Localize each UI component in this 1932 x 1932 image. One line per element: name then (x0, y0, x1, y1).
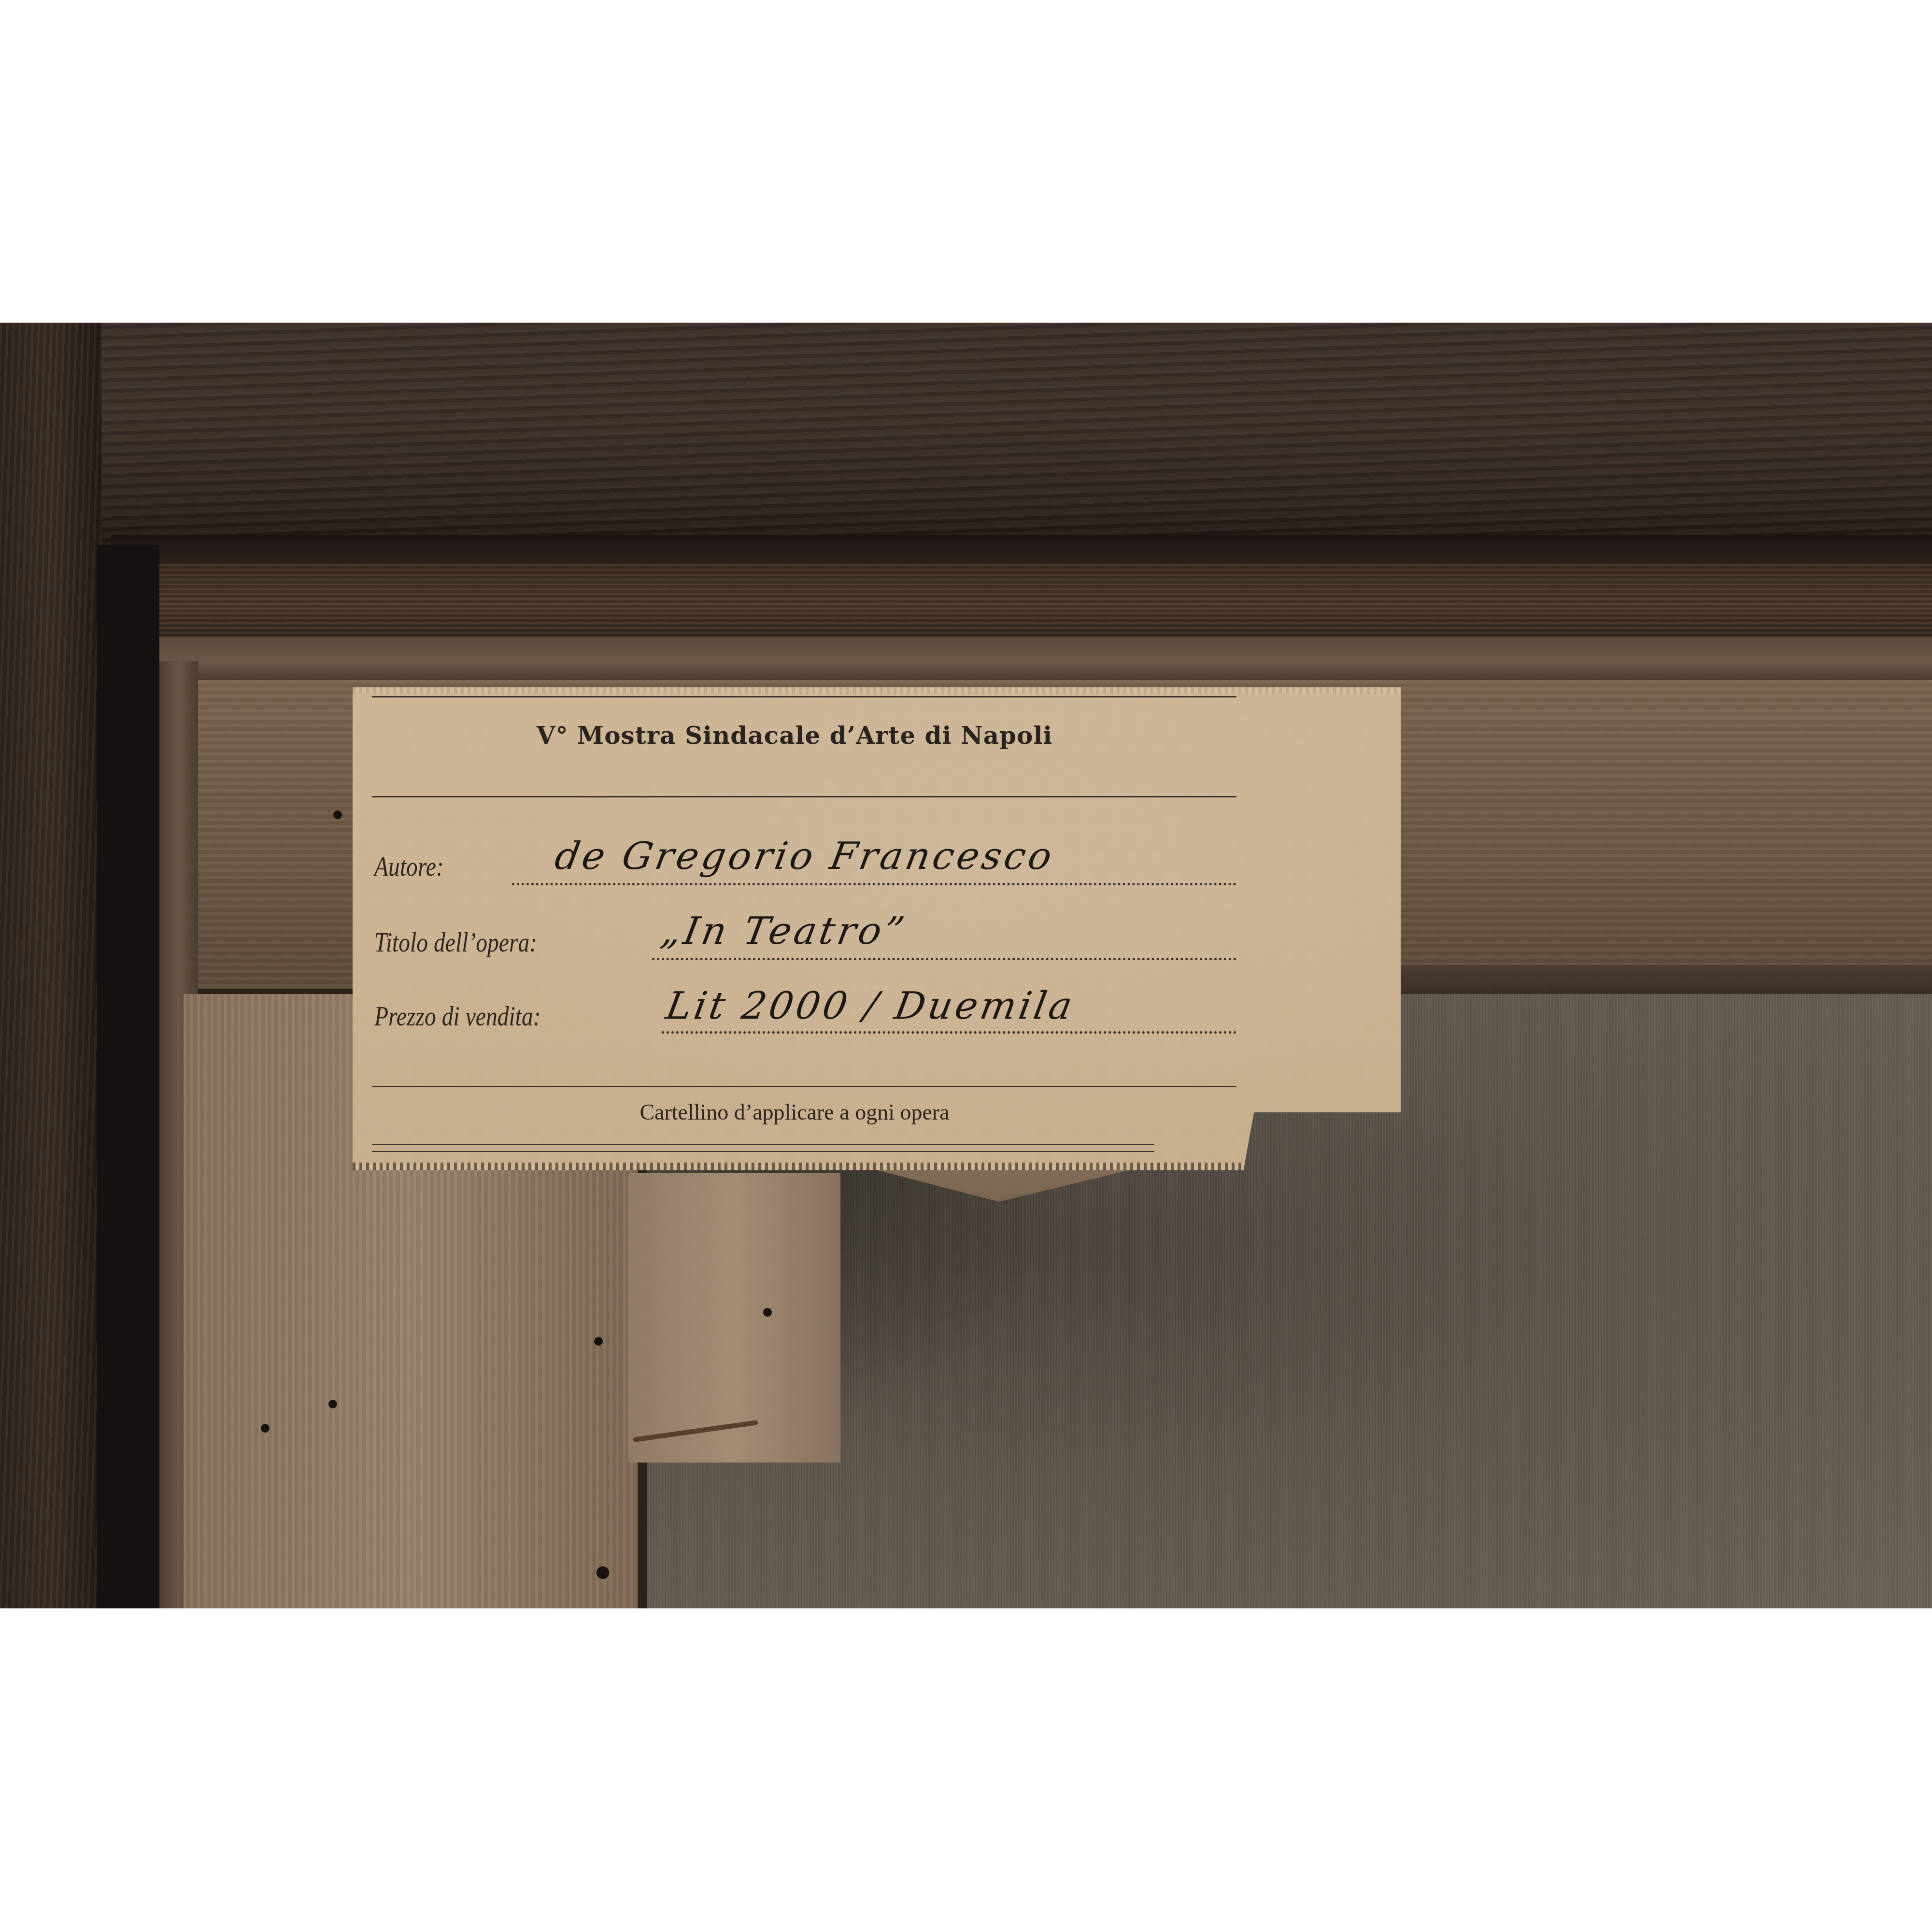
nail-hole (328, 1400, 337, 1408)
label-footer: Cartellino d’applicare a ogni opera (353, 1099, 1236, 1125)
stretcher-top-edge (159, 637, 1932, 680)
stretcher-key-block (628, 1173, 840, 1463)
label-rule (372, 796, 1236, 797)
nail-hole (594, 1337, 603, 1346)
label-serrated-edge (353, 687, 1401, 694)
frame-gap-shadow (97, 545, 159, 1608)
nail-hole (597, 1566, 609, 1579)
painting-back-photo: V° Mostra Sindacale d’Arte di Napoli Aut… (0, 323, 1932, 1608)
field-label-prezzo: Prezzo di vendita: (374, 1001, 541, 1032)
exhibition-label: V° Mostra Sindacale d’Arte di Napoli Aut… (353, 687, 1401, 1170)
photo-stage: V° Mostra Sindacale d’Arte di Napoli Aut… (0, 0, 1932, 1932)
frame-top-lip (111, 535, 1932, 564)
frame-top-moulding (101, 323, 1932, 545)
label-rule (372, 1086, 1236, 1087)
nail-hole (763, 1308, 772, 1317)
field-label-titolo: Titolo dell’opera: (374, 927, 537, 958)
label-rule (372, 1151, 1154, 1152)
field-line (512, 883, 1236, 885)
label-rule (372, 696, 1236, 697)
nail-hole (261, 1424, 270, 1433)
field-value-prezzo: Lit 2000 / Duemila (663, 984, 1078, 1028)
field-label-autore: Autore: (374, 852, 444, 882)
frame-rebate (116, 564, 1932, 646)
field-value-titolo: „In Teatro” (658, 909, 910, 953)
field-value-autore: de Gregorio Francesco (552, 835, 1058, 878)
label-title: V° Mostra Sindacale d’Arte di Napoli (353, 721, 1236, 750)
stretcher-bar-edge (1401, 965, 1932, 994)
label-rule (372, 1144, 1154, 1145)
frame-left-moulding (0, 323, 101, 1608)
field-line (662, 1031, 1236, 1034)
nail-hole (333, 810, 342, 819)
label-serrated-edge (353, 1163, 1246, 1170)
field-line (652, 958, 1236, 960)
